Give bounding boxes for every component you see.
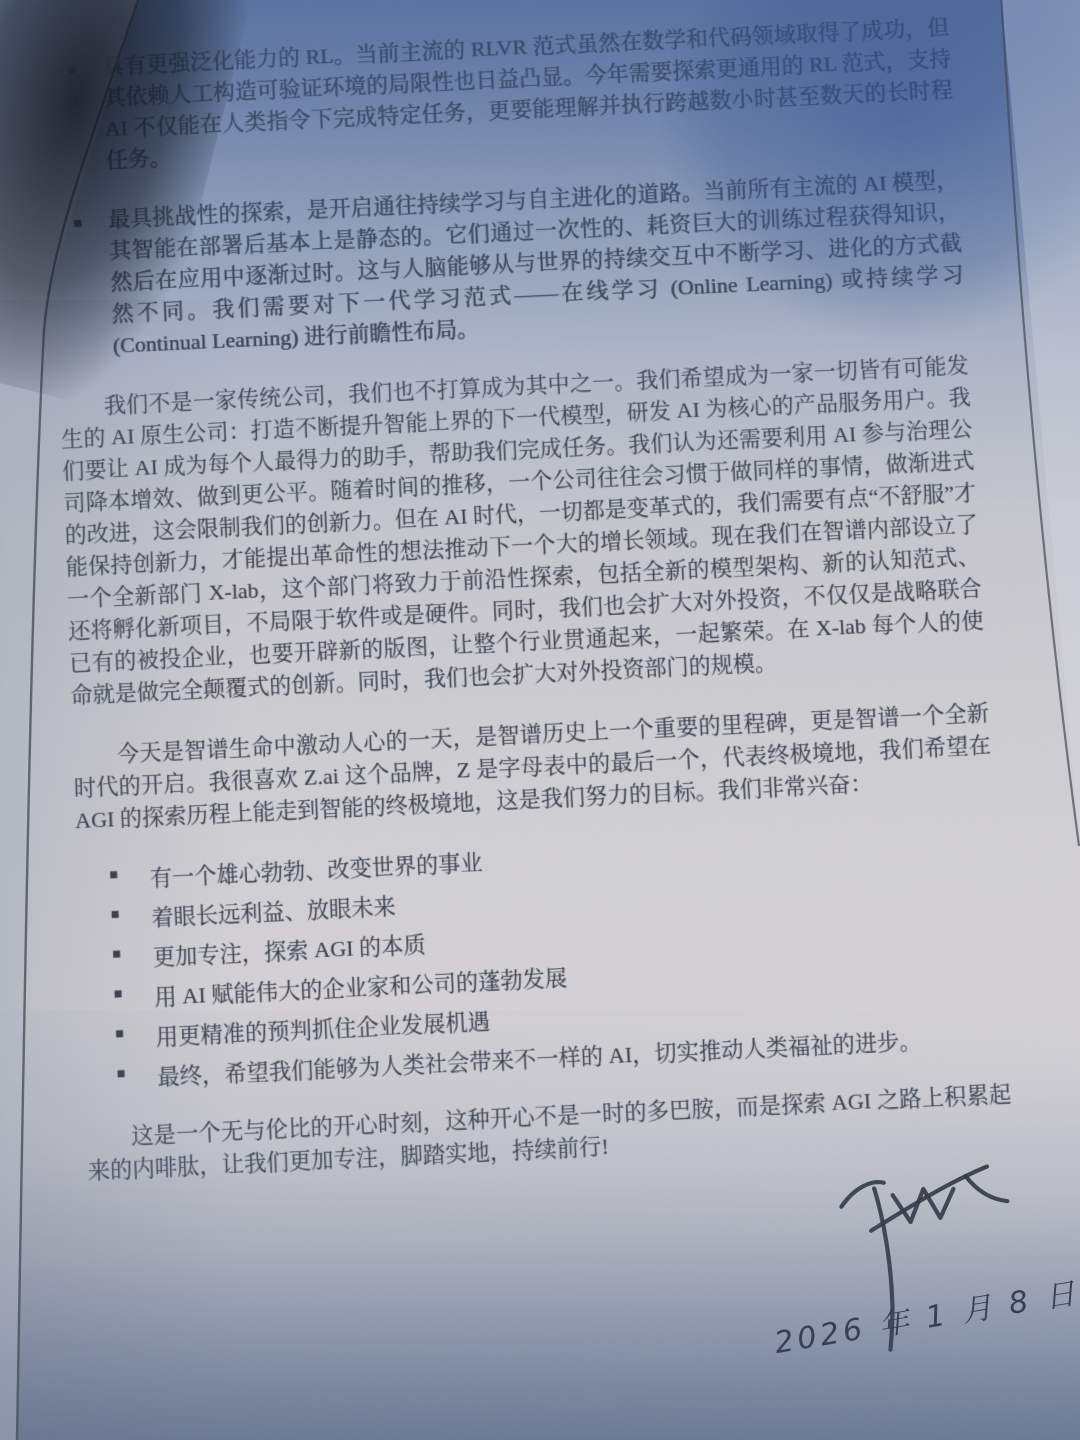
square-bullet-icon: ■ (68, 64, 78, 79)
document-photo: ■ 具有更强泛化能力的 RL。当前主流的 RLVR 范式虽然在数学和代码领域取得… (0, 0, 1080, 1440)
list-item-text: 更加专注，探索 AGI 的本质 (152, 932, 426, 970)
goal-list: ■ 有一个雄心勃勃、改变世界的事业 ■ 着眼长远利益、放眼未来 ■ 更加专注，探… (103, 822, 1009, 1096)
square-bullet-icon: ■ (116, 1068, 125, 1083)
paragraph: 今天是智谱生命中激动人心的一天，是智谱历史上一个重要的里程碑，更是智谱一个全新时… (72, 697, 993, 837)
square-bullet-icon: ■ (111, 909, 120, 924)
square-bullet-icon: ■ (112, 948, 121, 963)
list-item-text: 最具挑战性的探索，是开启通往持续学习与自主进化的道路。当前所有主流的 AI 模型… (108, 167, 964, 358)
paragraph: 我们不是一家传统公司，我们也不打算成为其中之一。我们希望成为一家一切皆有可能发生… (60, 349, 987, 712)
list-item-text: 用 AI 赋能伟大的企业家和公司的蓬勃发展 (154, 965, 568, 1010)
list-item-text: 用更精准的预判抓住企业发展机遇 (155, 1008, 490, 1050)
square-bullet-icon: ■ (114, 988, 123, 1003)
letter-content: ■ 具有更强泛化能力的 RL。当前主流的 RLVR 范式虽然在数学和代码领域取得… (47, 12, 1014, 1188)
square-bullet-icon: ■ (109, 869, 118, 884)
list-item-text: 有一个雄心勃勃、改变世界的事业 (149, 850, 483, 891)
list-item: ■ 最具挑战性的探索，是开启通往持续学习与自主进化的道路。当前所有主流的 AI … (53, 164, 966, 364)
square-bullet-icon: ■ (115, 1028, 124, 1043)
square-bullet-icon: ■ (73, 217, 83, 232)
list-item-text: 着眼长远利益、放眼未来 (151, 893, 396, 930)
